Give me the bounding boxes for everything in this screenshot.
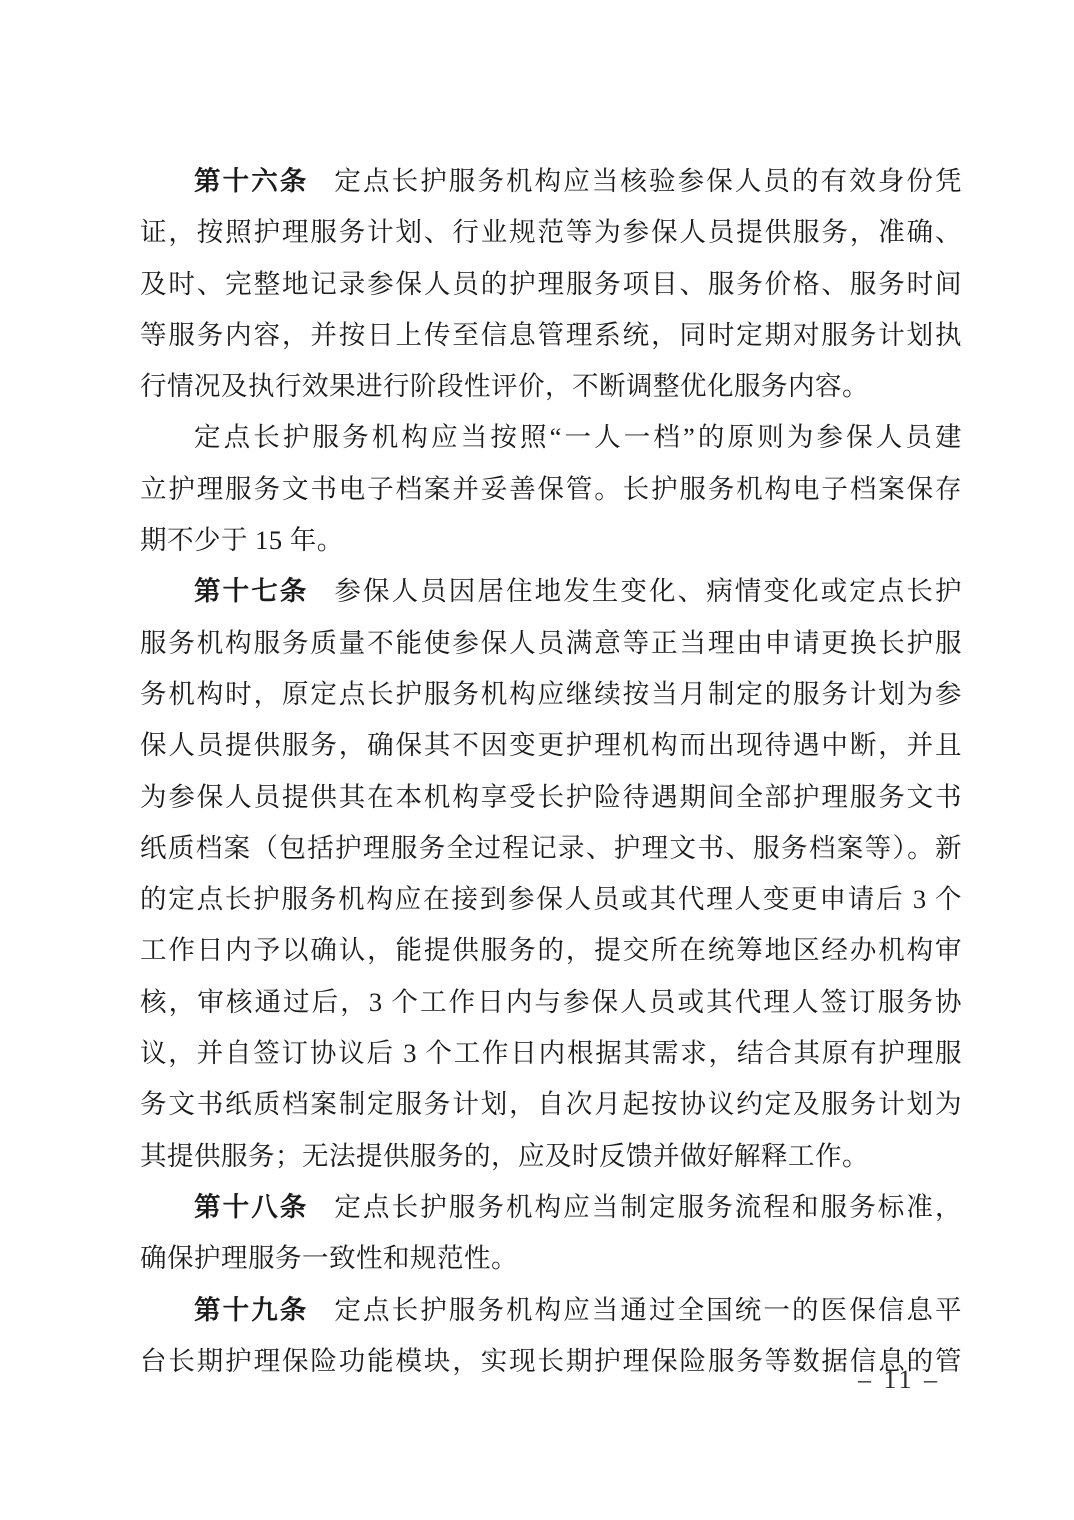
line-text: 的定点长护服务机构应在接到参保人员或其代理人变更申请后 3 个 — [140, 884, 962, 914]
text-line: 证，按照护理服务计划、行业规范等为参保人员提供服务，准确、 — [140, 207, 962, 258]
line-text: 立护理服务文书电子档案并妥善保管。长护服务机构电子档案保存 — [140, 474, 962, 504]
line-text: 保人员提供服务，确保其不因变更护理机构而出现待遇中断，并且 — [140, 730, 962, 760]
line-text: 务文书纸质档案制定服务计划，自次月起按协议约定及服务计划为 — [140, 1089, 962, 1119]
line-text: 纸质档案（包括护理服务全过程记录、护理文书、服务档案等）。新 — [140, 833, 962, 863]
text-line: 其提供服务；无法提供服务的，应及时反馈并做好解释工作。 — [140, 1131, 962, 1182]
document-page: 第十六条定点长护服务机构应当核验参保人员的有效身份凭 证，按照护理服务计划、行业… — [0, 0, 1074, 1520]
line-text: 台长期护理保险功能模块，实现长期护理保险服务等数据信息的管 — [140, 1346, 962, 1376]
line-text: 为参保人员提供其在本机构享受长护险待遇期间全部护理服务文书 — [140, 782, 962, 812]
line-text: 工作日内予以确认，能提供服务的，提交所在统筹地区经办机构审 — [140, 935, 962, 965]
text-line: 第十七条参保人员因居住地发生变化、病情变化或定点长护 — [140, 566, 962, 617]
page-number: – 11 – — [858, 1363, 940, 1397]
line-text: 行情况及执行效果进行阶段性评价，不断调整优化服务内容。 — [140, 371, 869, 401]
article-number: 第十六条 — [194, 166, 308, 196]
article-number: 第十九条 — [194, 1295, 308, 1325]
line-text: 议，并自签订协议后 3 个工作日内根据其需求，结合其原有护理服 — [140, 1038, 962, 1068]
article-number: 第十八条 — [194, 1192, 308, 1222]
text-line: 定点长护服务机构应当按照“一人一档”的原则为参保人员建 — [140, 412, 962, 463]
text-line: 台长期护理保险功能模块，实现长期护理保险服务等数据信息的管 — [140, 1336, 962, 1387]
line-text: 定点长护服务机构应当通过全国统一的医保信息平 — [334, 1295, 962, 1325]
line-text: 定点长护服务机构应当制定服务流程和服务标准， — [334, 1192, 962, 1222]
text-line: 第十六条定点长护服务机构应当核验参保人员的有效身份凭 — [140, 156, 962, 207]
text-line: 行情况及执行效果进行阶段性评价，不断调整优化服务内容。 — [140, 361, 962, 412]
line-text: 等服务内容，并按日上传至信息管理系统，同时定期对服务计划执 — [140, 320, 962, 350]
text-line: 确保护理服务一致性和规范性。 — [140, 1233, 962, 1284]
text-line: 核，审核通过后，3 个工作日内与参保人员或其代理人签订服务协 — [140, 977, 962, 1028]
text-line: 务文书纸质档案制定服务计划，自次月起按协议约定及服务计划为 — [140, 1079, 962, 1130]
line-text: 期不少于 15 年。 — [140, 525, 344, 555]
text-line: 的定点长护服务机构应在接到参保人员或其代理人变更申请后 3 个 — [140, 874, 962, 925]
text-line: 及时、完整地记录参保人员的护理服务项目、服务价格、服务时间 — [140, 259, 962, 310]
line-text: 定点长护服务机构应当核验参保人员的有效身份凭 — [334, 166, 962, 196]
line-text: 核，审核通过后，3 个工作日内与参保人员或其代理人签订服务协 — [140, 987, 962, 1017]
article-number: 第十七条 — [194, 576, 308, 606]
line-text: 定点长护服务机构应当按照“一人一档”的原则为参保人员建 — [194, 422, 962, 452]
line-text: 务机构时，原定点长护服务机构应继续按当月制定的服务计划为参 — [140, 679, 962, 709]
line-text: 服务机构服务质量不能使参保人员满意等正当理由申请更换长护服 — [140, 628, 962, 658]
text-line: 立护理服务文书电子档案并妥善保管。长护服务机构电子档案保存 — [140, 464, 962, 515]
line-text: 证，按照护理服务计划、行业规范等为参保人员提供服务，准确、 — [140, 217, 962, 247]
line-text: 其提供服务；无法提供服务的，应及时反馈并做好解释工作。 — [140, 1141, 869, 1171]
text-line: 工作日内予以确认，能提供服务的，提交所在统筹地区经办机构审 — [140, 925, 962, 976]
document-body: 第十六条定点长护服务机构应当核验参保人员的有效身份凭 证，按照护理服务计划、行业… — [140, 156, 962, 1387]
text-line: 纸质档案（包括护理服务全过程记录、护理文书、服务档案等）。新 — [140, 823, 962, 874]
text-line: 等服务内容，并按日上传至信息管理系统，同时定期对服务计划执 — [140, 310, 962, 361]
text-line: 服务机构服务质量不能使参保人员满意等正当理由申请更换长护服 — [140, 618, 962, 669]
text-line: 务机构时，原定点长护服务机构应继续按当月制定的服务计划为参 — [140, 669, 962, 720]
text-line: 第十八条定点长护服务机构应当制定服务流程和服务标准， — [140, 1182, 962, 1233]
text-line: 议，并自签订协议后 3 个工作日内根据其需求，结合其原有护理服 — [140, 1028, 962, 1079]
text-line: 第十九条定点长护服务机构应当通过全国统一的医保信息平 — [140, 1285, 962, 1336]
line-text: 参保人员因居住地发生变化、病情变化或定点长护 — [334, 576, 962, 606]
line-text: 及时、完整地记录参保人员的护理服务项目、服务价格、服务时间 — [140, 269, 962, 299]
text-line: 保人员提供服务，确保其不因变更护理机构而出现待遇中断，并且 — [140, 720, 962, 771]
text-line: 为参保人员提供其在本机构享受长护险待遇期间全部护理服务文书 — [140, 772, 962, 823]
text-line: 期不少于 15 年。 — [140, 515, 962, 566]
line-text: 确保护理服务一致性和规范性。 — [140, 1243, 518, 1273]
